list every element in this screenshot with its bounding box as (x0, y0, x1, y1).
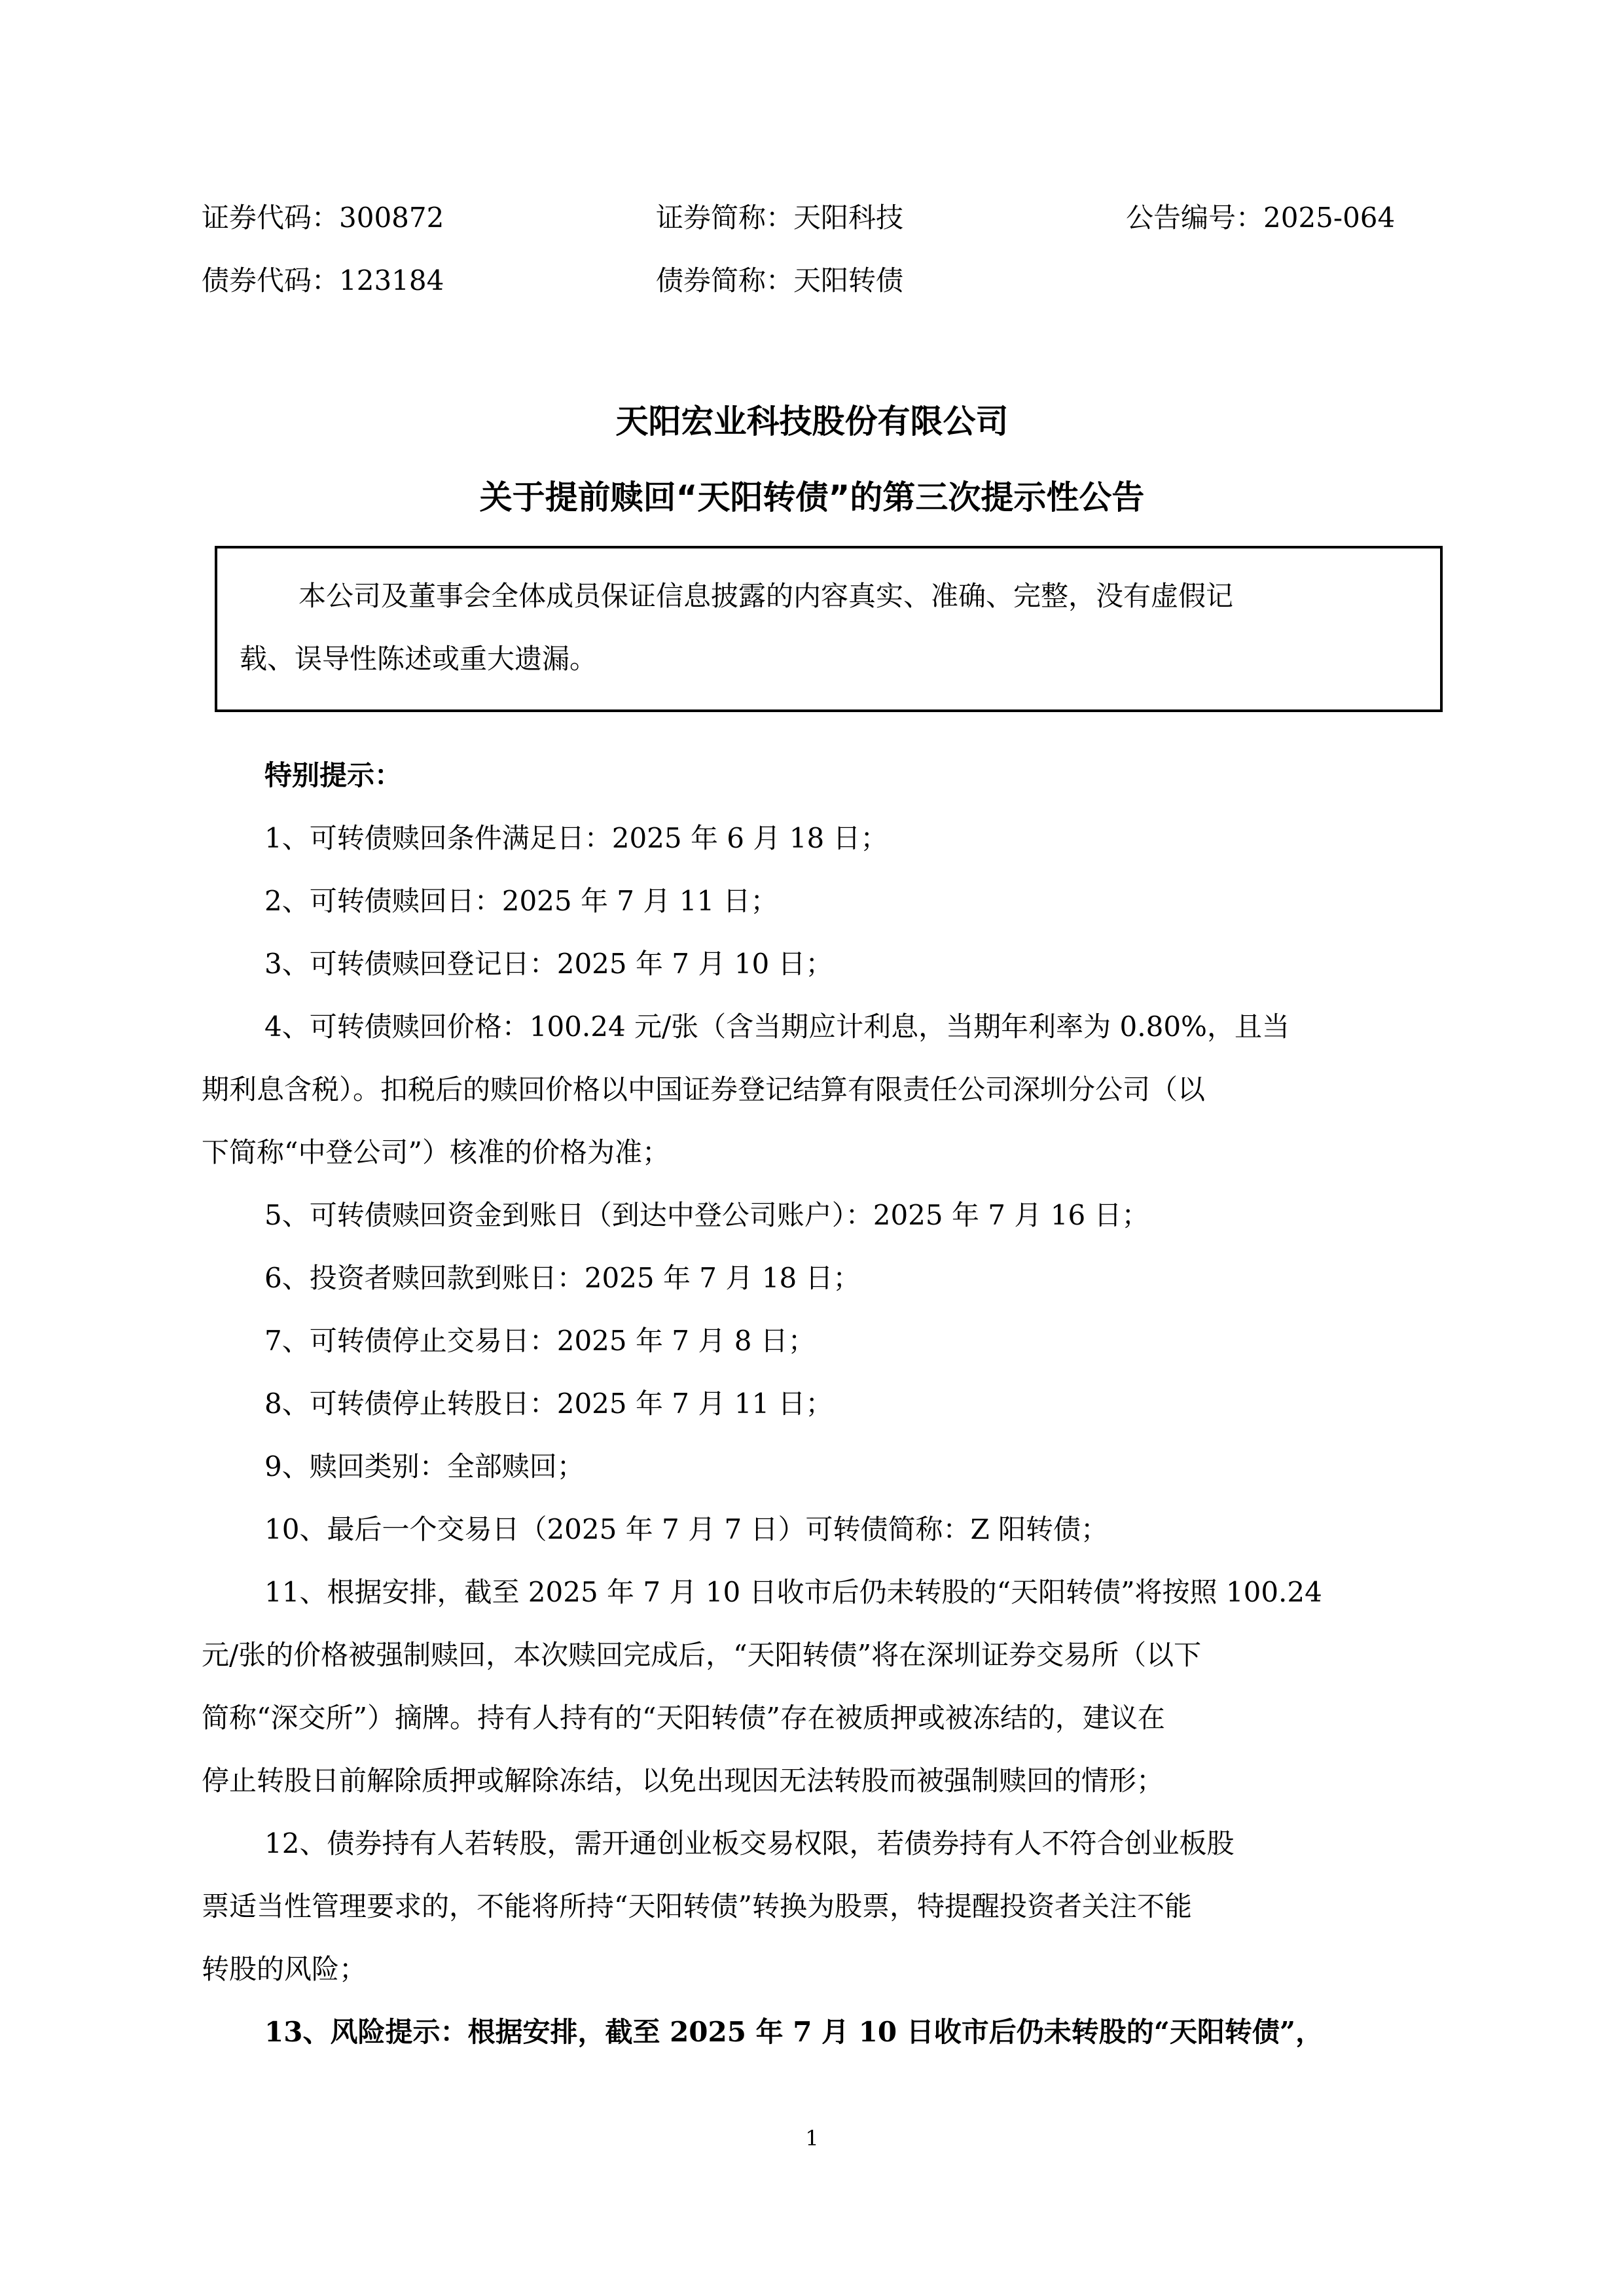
notice-item-12-line-1: 12、债券持有人若转股，需开通创业板交易权限，若债券持有人不符合创业板股 (264, 1830, 1234, 1857)
notice-item-8: 8、可转债停止转股日：2025 年 7 月 11 日； (264, 1390, 833, 1418)
bond-code: 债券代码：123184 (202, 267, 444, 295)
notice-item-4-line-1: 4、可转债赎回价格：100.24 元/张（含当期应计利息，当期年利率为 0.80… (264, 1013, 1290, 1041)
notice-item-5: 5、可转债赎回资金到账日（到达中登公司账户）：2025 年 7 月 16 日； (264, 1202, 1149, 1229)
notice-item-11-line-3: 简称“深交所”）摘牌。持有人持有的“天阳转债”存在被质押或被冻结的，建议在 (202, 1704, 1165, 1732)
announcement-number: 公告编号：2025-064 (1126, 204, 1395, 232)
company-title: 天阳宏业科技股份有限公司 (0, 395, 1624, 442)
notice-item-1: 1、可转债赎回条件满足日：2025 年 6 月 18 日； (264, 825, 888, 852)
notice-item-10: 10、最后一个交易日（2025 年 7 月 7 日）可转债简称：Z 阳转债； (264, 1516, 1108, 1543)
special-notice-heading: 特别提示： (264, 762, 402, 789)
statement-line-2: 载、误导性陈述或重大遗漏。 (240, 645, 597, 673)
notice-item-2: 2、可转债赎回日：2025 年 7 月 11 日； (264, 888, 778, 915)
notice-item-11-line-2: 元/张的价格被强制赎回，本次赎回完成后，“天阳转债”将在深圳证券交易所（以下 (202, 1641, 1201, 1669)
page-number: 1 (0, 2126, 1624, 2151)
notice-item-6: 6、投资者赎回款到账日：2025 年 7 月 18 日； (264, 1265, 861, 1292)
bond-abbreviation: 债券简称：天阳转债 (656, 267, 903, 295)
statement-box (215, 546, 1443, 712)
statement-line-1: 本公司及董事会全体成员保证信息披露的内容真实、准确、完整，没有虚假记 (298, 583, 1233, 610)
notice-item-12-line-3: 转股的风险； (202, 1956, 367, 1983)
notice-item-7: 7、可转债停止交易日：2025 年 7 月 8 日； (264, 1327, 816, 1355)
notice-item-13-risk: 13、风险提示：根据安排，截至 2025 年 7 月 10 日收市后仍未转股的“… (264, 2018, 1323, 2046)
notice-item-11-line-1: 11、根据安排，截至 2025 年 7 月 10 日收市后仍未转股的“天阳转债”… (264, 1579, 1322, 1606)
notice-item-4-line-3: 下简称“中登公司”）核准的价格为准； (202, 1139, 670, 1166)
notice-item-4-line-2: 期利息含税）。扣税后的赎回价格以中国证券登记结算有限责任公司深圳分公司（以 (202, 1076, 1205, 1103)
stock-abbreviation: 证券简称：天阳科技 (656, 204, 903, 232)
notice-item-3: 3、可转债赎回登记日：2025 年 7 月 10 日； (264, 950, 833, 978)
notice-item-12-line-2: 票适当性管理要求的，不能将所持“天阳转债”转换为股票，特提醒投资者关注不能 (202, 1893, 1192, 1920)
notice-item-9: 9、赎回类别：全部赎回； (264, 1453, 585, 1480)
announcement-title: 关于提前赎回“天阳转债”的第三次提示性公告 (0, 471, 1624, 518)
notice-item-11-line-4: 停止转股日前解除质押或解除冻结，以免出现因无法转股而被强制赎回的情形； (202, 1767, 1164, 1795)
stock-code: 证券代码：300872 (202, 204, 444, 232)
